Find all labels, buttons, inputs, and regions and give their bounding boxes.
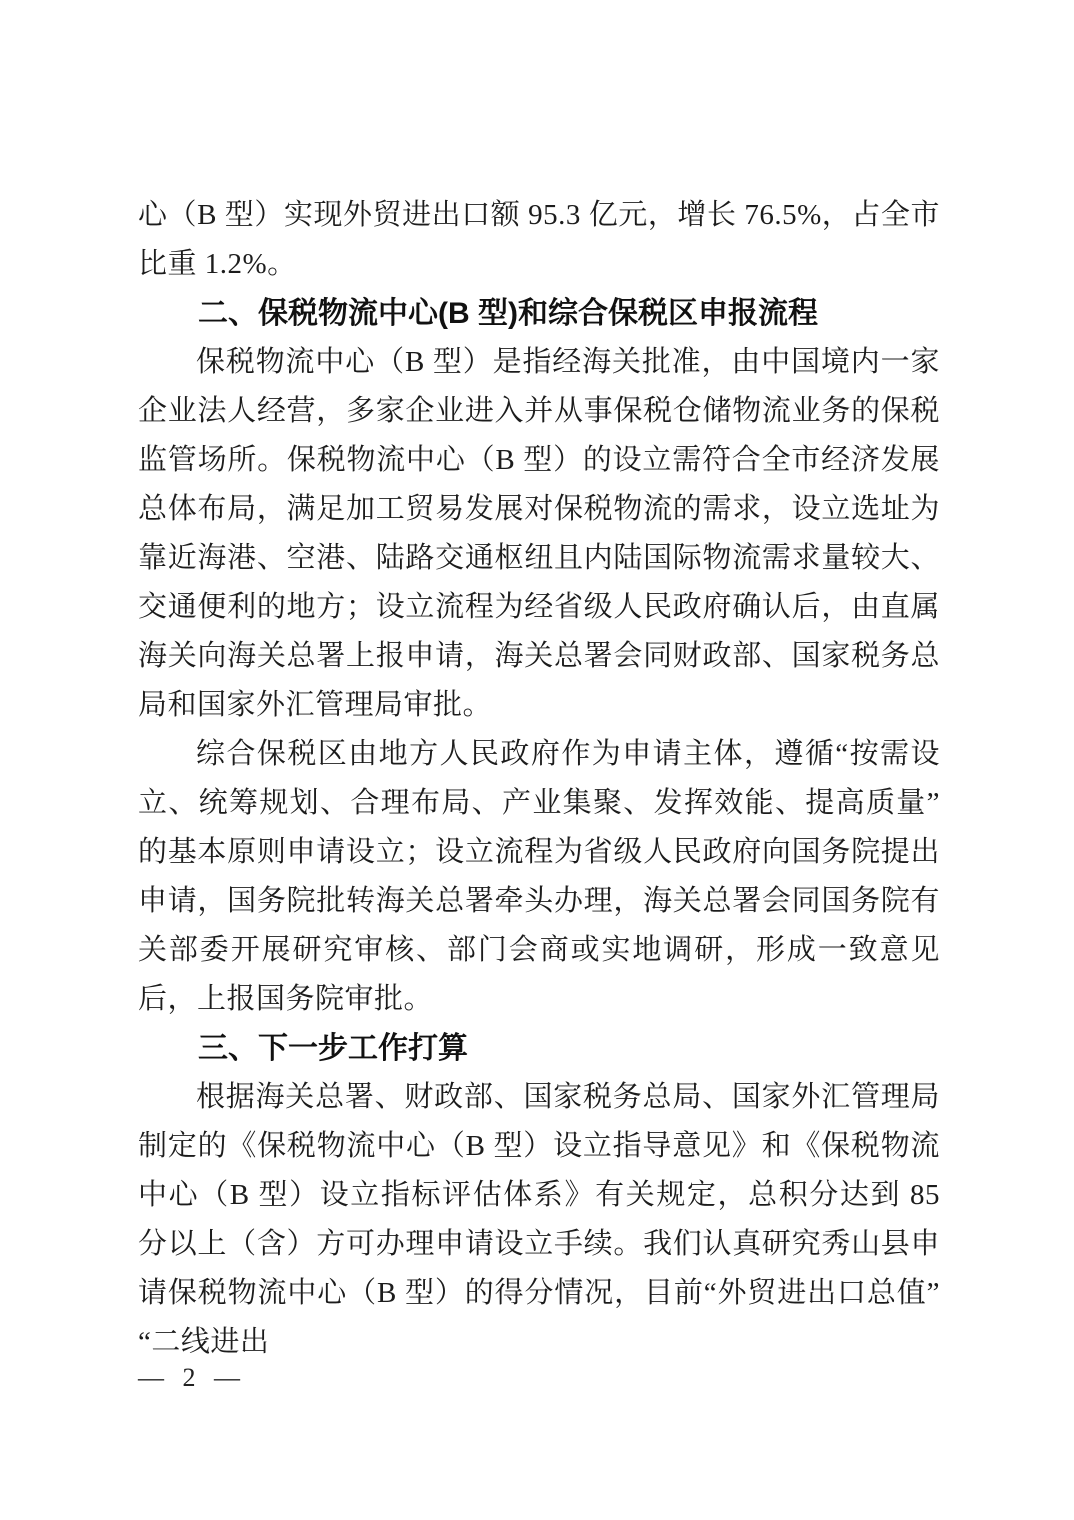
section-heading-3: 三、下一步工作打算 bbox=[138, 1024, 940, 1073]
paragraph-next-steps: 根据海关总署、财政部、国家税务总局、国家外汇管理局制定的《保税物流中心（B 型）… bbox=[138, 1073, 940, 1367]
document-body: 心（B 型）实现外贸进出口额 95.3 亿元，增长 76.5%，占全市比重 1.… bbox=[138, 191, 940, 1367]
document-page: 心（B 型）实现外贸进出口额 95.3 亿元，增长 76.5%，占全市比重 1.… bbox=[0, 0, 1074, 1520]
paragraph-continuation: 心（B 型）实现外贸进出口额 95.3 亿元，增长 76.5%，占全市比重 1.… bbox=[138, 191, 940, 289]
paragraph-bonded-logistics-center: 保税物流中心（B 型）是指经海关批准，由中国境内一家企业法人经营，多家企业进入并… bbox=[138, 338, 940, 730]
paragraph-comprehensive-bonded-zone: 综合保税区由地方人民政府作为申请主体，遵循“按需设立、统筹规划、合理布局、产业集… bbox=[138, 730, 940, 1024]
page-number: — 2 — bbox=[138, 1363, 246, 1392]
page-footer: — 2 — bbox=[138, 1358, 246, 1398]
section-heading-2: 二、保税物流中心(B 型)和综合保税区申报流程 bbox=[138, 289, 940, 338]
